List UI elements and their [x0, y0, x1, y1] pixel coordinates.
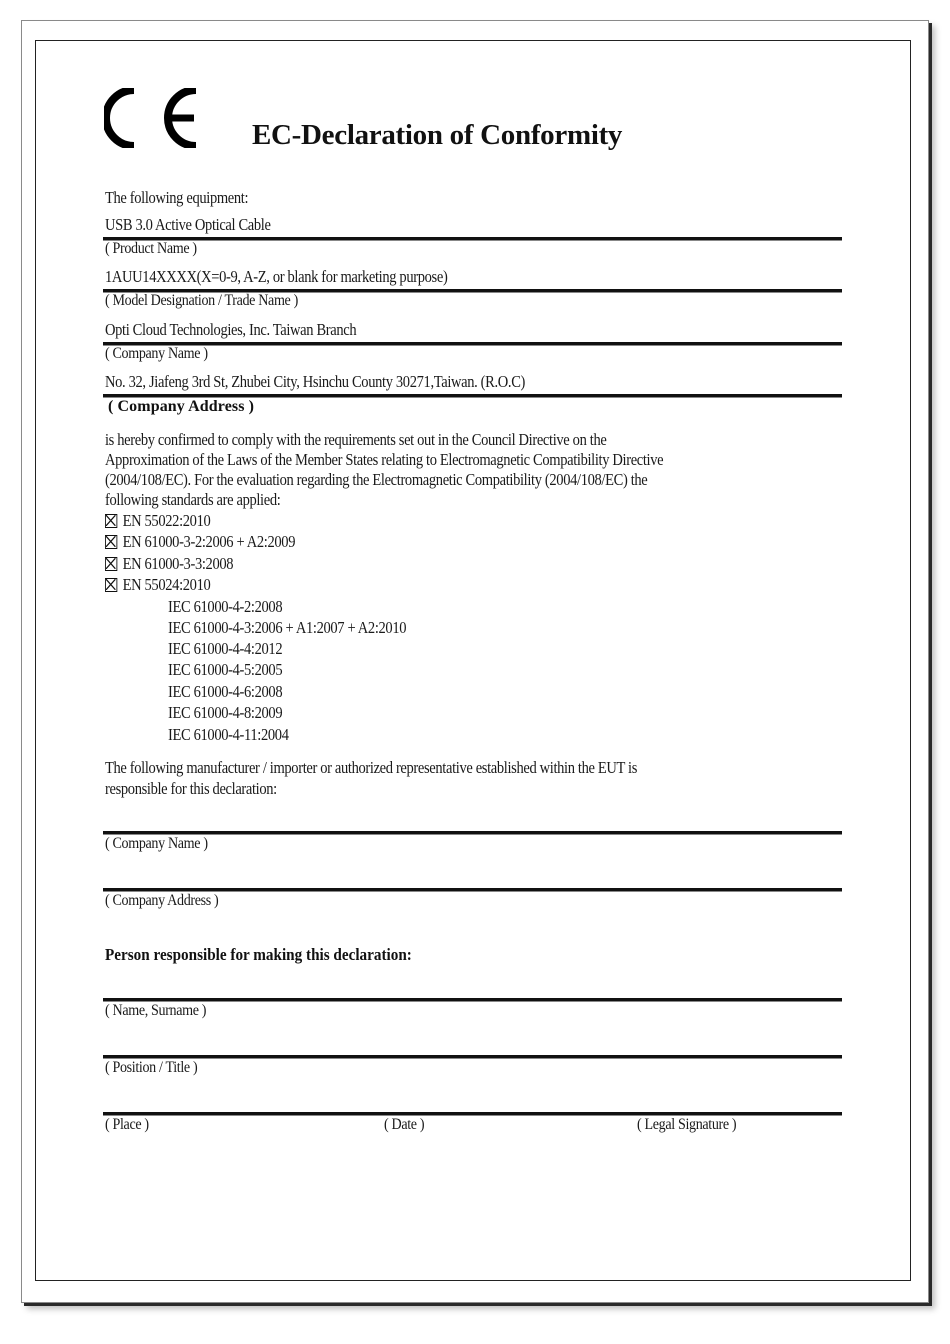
name-surname-field[interactable] — [103, 973, 842, 997]
checked-box-icon[interactable] — [105, 535, 117, 549]
company-address-value: No. 32, Jiafeng 3rd St, Zhubei City, Hsi… — [105, 372, 525, 392]
date-label: ( Date ) — [384, 1116, 424, 1134]
name-surname-label: ( Name, Surname ) — [105, 1002, 206, 1020]
product-name-value: USB 3.0 Active Optical Cable — [105, 215, 271, 235]
checked-box-icon[interactable] — [105, 514, 117, 528]
legal-signature-label: ( Legal Signature ) — [637, 1116, 736, 1134]
compliance-line: (2004/108/EC). For the evaluation regard… — [105, 470, 647, 490]
company-name-label: ( Company Name ) — [105, 345, 208, 363]
manufacturer-company-name-rule — [103, 831, 842, 835]
sub-standard: IEC 61000-4-5:2005 — [168, 660, 282, 680]
place-label: ( Place ) — [105, 1116, 149, 1134]
compliance-line: Approximation of the Laws of the Member … — [105, 450, 663, 470]
sub-standard: IEC 61000-4-8:2009 — [168, 703, 282, 723]
standard-label: EN 61000-3-3:2008 — [123, 554, 234, 573]
standard-label: EN 55022:2010 — [123, 511, 211, 530]
company-address-label: ( Company Address ) — [108, 398, 254, 416]
sub-standard: IEC 61000-4-6:2008 — [168, 682, 282, 702]
model-designation-label: ( Model Designation / Trade Name ) — [105, 292, 298, 310]
page-title: EC-Declaration of Conformity — [252, 119, 622, 152]
compliance-line: following standards are applied: — [105, 490, 280, 510]
model-designation-value: 1AUU14XXXX(X=0-9, A-Z, or blank for mark… — [105, 267, 447, 287]
position-title-rule — [103, 1055, 842, 1059]
standard-item: EN 61000-3-2:2006 + A2:2009 — [105, 532, 295, 552]
standard-item: EN 55024:2010 — [105, 575, 210, 595]
manufacturer-company-address-label: ( Company Address ) — [105, 892, 218, 910]
manufacturer-line: responsible for this declaration: — [105, 779, 277, 799]
product-name-rule — [103, 237, 842, 241]
standard-label: EN 55024:2010 — [123, 575, 211, 594]
checked-box-icon[interactable] — [105, 557, 117, 571]
equipment-intro: The following equipment: — [105, 188, 248, 208]
responsible-heading: Person responsible for making this decla… — [105, 945, 412, 965]
place-date-signature-field[interactable] — [103, 1087, 842, 1111]
company-name-value: Opti Cloud Technologies, Inc. Taiwan Bra… — [105, 320, 356, 340]
manufacturer-company-address-field[interactable] — [103, 863, 842, 887]
standard-item: EN 61000-3-3:2008 — [105, 554, 233, 574]
standard-item: EN 55022:2010 — [105, 511, 210, 531]
position-title-field[interactable] — [103, 1030, 842, 1054]
name-surname-rule — [103, 998, 842, 1002]
position-title-label: ( Position / Title ) — [105, 1059, 197, 1077]
checked-box-icon[interactable] — [105, 578, 117, 592]
sub-standard: IEC 61000-4-11:2004 — [168, 725, 289, 745]
sub-standard: IEC 61000-4-2:2008 — [168, 597, 282, 617]
ce-mark-icon — [104, 88, 200, 153]
product-name-label: ( Product Name ) — [105, 240, 197, 258]
manufacturer-company-name-label: ( Company Name ) — [105, 835, 208, 853]
manufacturer-company-name-field[interactable] — [103, 806, 842, 830]
compliance-line: is hereby confirmed to comply with the r… — [105, 430, 606, 450]
manufacturer-line: The following manufacturer / importer or… — [105, 758, 637, 778]
sub-standard: IEC 61000-4-4:2012 — [168, 639, 282, 659]
sub-standard: IEC 61000-4-3:2006 + A1:2007 + A2:2010 — [168, 618, 406, 638]
company-name-rule — [103, 342, 842, 346]
standard-label: EN 61000-3-2:2006 + A2:2009 — [123, 532, 296, 551]
